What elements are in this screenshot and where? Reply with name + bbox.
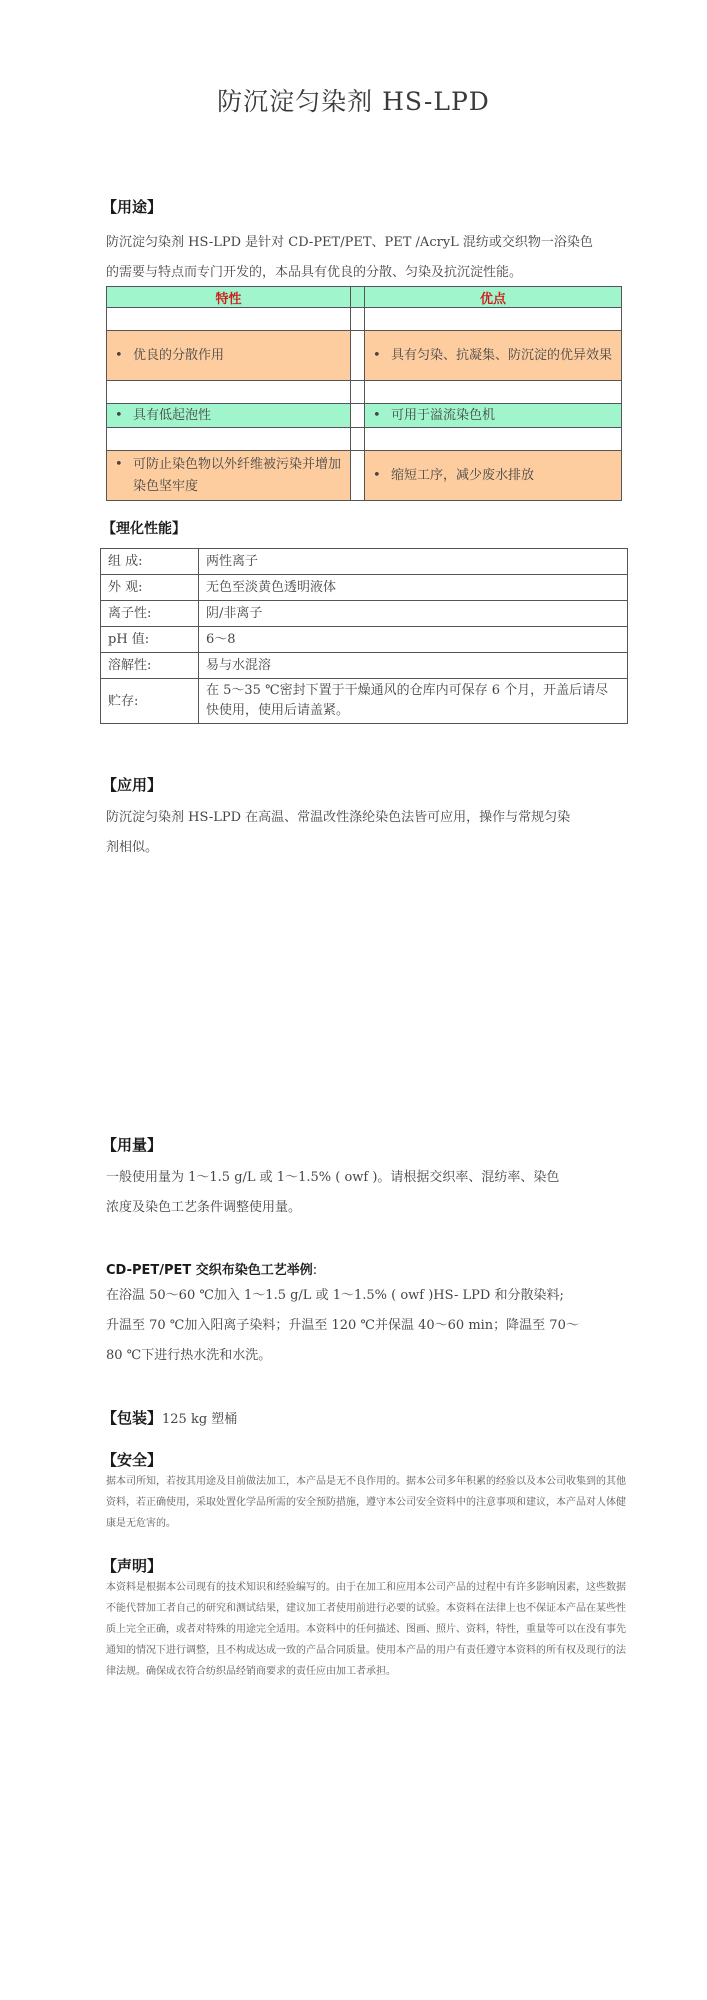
bullet-icon: • <box>373 405 391 427</box>
feature-cell: •具有低起泡性 <box>107 404 351 428</box>
packaging: 【包装】125 kg 塑桶 <box>102 1407 237 1428</box>
advantage-cell: •缩短工序，减少废水排放 <box>365 451 622 501</box>
dosage-heading: 【用量】 <box>102 1134 162 1155</box>
bullet-icon: • <box>115 405 133 427</box>
safety-heading: 【安全】 <box>102 1449 162 1470</box>
statement-heading: 【声明】 <box>102 1555 162 1576</box>
usage-line-2: 的需要与特点而专门开发的，本品具有优良的分散、匀染及抗沉淀性能。 <box>106 258 626 288</box>
bullet-icon: • <box>115 345 133 367</box>
bullet-icon: • <box>373 345 391 367</box>
advantage-cell: •可用于溢流染色机 <box>365 404 622 428</box>
property-row: 离子性:阴/非离子 <box>101 601 628 627</box>
bullet-icon: • <box>373 465 391 487</box>
packaging-heading: 【包装】 <box>102 1409 162 1427</box>
packaging-text: 125 kg 塑桶 <box>162 1412 237 1427</box>
advantages-header: 优点 <box>365 287 622 308</box>
application-heading: 【应用】 <box>102 774 162 795</box>
dosage-text: 一般使用量为 1～1.5 g/L 或 1～1.5% ( owf )。请根据交织率… <box>106 1163 626 1223</box>
features-header: 特性 <box>107 287 351 308</box>
properties-table: 组 成:两性离子 外 观:无色至淡黄色透明液体 离子性:阴/非离子 pH 值:6… <box>100 548 628 724</box>
property-row: pH 值:6～8 <box>101 627 628 653</box>
example-text: 在浴温 50～60 ℃加入 1～1.5 g/L 或 1～1.5% ( owf )… <box>106 1281 626 1371</box>
feature-cell: •优良的分散作用 <box>107 331 351 381</box>
usage-text: 防沉淀匀染剂 HS-LPD 是针对 CD-PET/PET、PET /AcryL … <box>106 228 626 288</box>
example-heading: CD-PET/PET 交织布染色工艺举例: <box>106 1259 317 1278</box>
property-row: 溶解性:易与水混溶 <box>101 653 628 679</box>
property-row: 外 观:无色至淡黄色透明液体 <box>101 575 628 601</box>
usage-heading: 【用途】 <box>102 196 162 217</box>
property-row: 组 成:两性离子 <box>101 549 628 575</box>
page-title: 防沉淀匀染剂 HS-LPD <box>0 82 707 118</box>
advantage-cell: •具有匀染、抗凝集、防沉淀的优异效果 <box>365 331 622 381</box>
property-row: 贮存:在 5～35 ℃密封下置于干燥通风的仓库内可保存 6 个月，开盖后请尽快使… <box>101 679 628 724</box>
bullet-icon: • <box>115 454 133 498</box>
features-table: 特性 优点 •优良的分散作用 •具有匀染、抗凝集、防沉淀的优异效果 •具有低起泡… <box>106 286 622 501</box>
feature-cell: •可防止染色物以外纤维被污染并增加染色坚牢度 <box>107 451 351 501</box>
safety-text: 据本司所知，若按其用途及目前做法加工，本产品是无不良作用的。据本公司多年积累的经… <box>106 1471 626 1534</box>
application-text: 防沉淀匀染剂 HS-LPD 在高温、常温改性涤纶染色法皆可应用，操作与常规匀染 … <box>106 803 626 863</box>
properties-heading: 【理化性能】 <box>102 518 186 538</box>
statement-text: 本资料是根据本公司现有的技术知识和经验编写的。由于在加工和应用本公司产品的过程中… <box>106 1577 626 1682</box>
usage-line-1: 防沉淀匀染剂 HS-LPD 是针对 CD-PET/PET、PET /AcryL … <box>106 228 626 258</box>
